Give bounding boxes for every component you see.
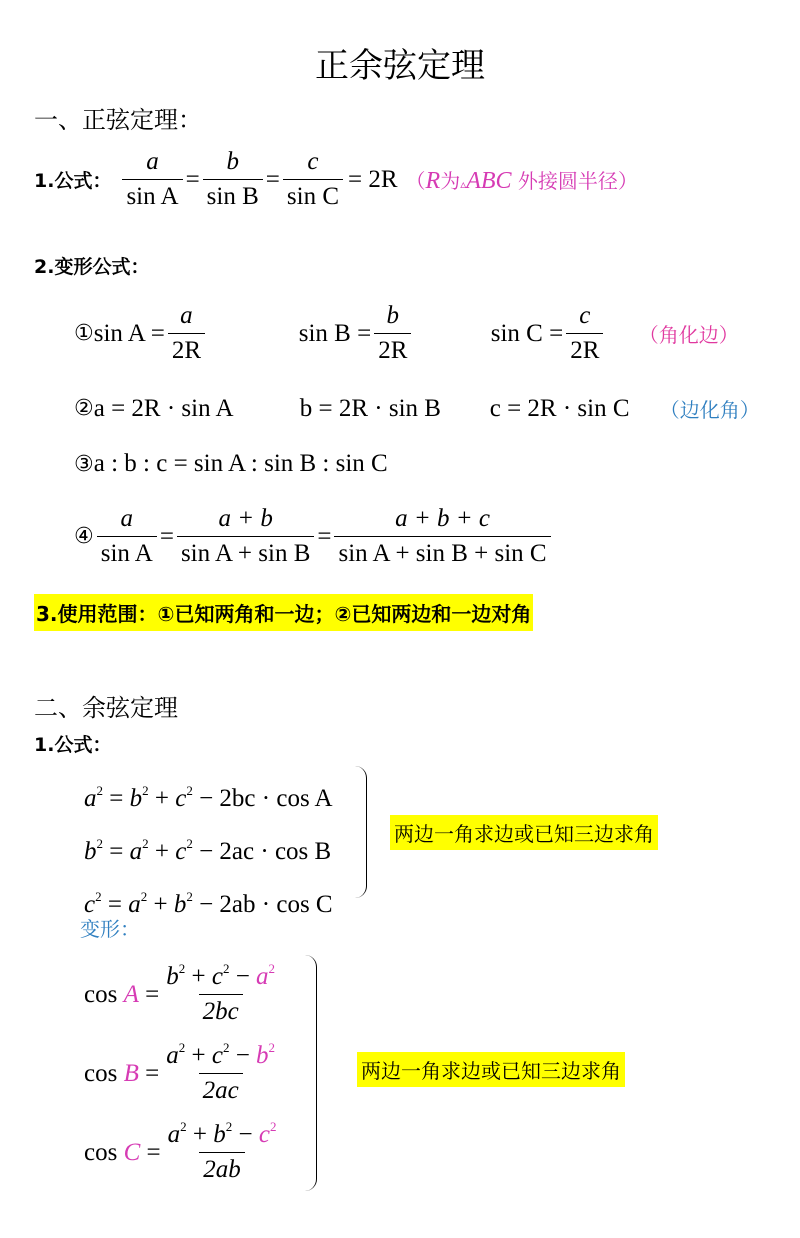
fraction-a-sinA: asin A	[122, 148, 182, 212]
law-b: b2 = a2 + c2 − 2ac · cos B	[84, 821, 333, 874]
circled-3: ③	[74, 452, 94, 477]
sinA-over-2R: sin A =a2R	[94, 302, 299, 366]
law-a: a2 = b2 + c2 − 2bc · cos A	[84, 768, 333, 821]
sine-law-equation: asin A = bsin B = csin C = 2R （R为▵ABC 外接…	[119, 148, 637, 212]
sinC-over-2R: sin C =c2R	[491, 302, 639, 366]
radius-note: （R为▵ABC 外接圆半径）	[406, 165, 638, 195]
section-heading-sine-law: 一、正弦定理：	[34, 100, 202, 135]
circled-4: ④	[74, 524, 94, 549]
section-heading-cosine-law: 二、余弦定理	[34, 688, 178, 723]
cos-forms-note: 两边一角求边或已知三边求角	[357, 1052, 625, 1087]
ratio-expression: a : b : c = sin A : sin B : sin C	[94, 450, 388, 478]
result-2R: = 2R	[348, 166, 398, 194]
variants-label: 2.变形公式：	[34, 252, 149, 279]
circled-1: ①	[74, 321, 94, 346]
circled-2: ②	[74, 396, 94, 421]
sine-law-formula-row: 1.公式： asin A = bsin B = csin C = 2R （R为▵…	[34, 148, 638, 212]
variant-1-row: ① sin A =a2R sin B =b2R sin C =c2R （角化边）	[74, 302, 739, 366]
a-equals: a = 2R · sin A	[94, 395, 300, 423]
formula-label: 1.公式：	[34, 166, 111, 193]
variant-2-row: ② a = 2R · sin A b = 2R · sin B c = 2R ·…	[74, 394, 760, 423]
cos-forms: cos A = b2 + c2 − a22bc cos B = a2 + c2 …	[84, 955, 283, 1192]
variant-label: 变形：	[80, 913, 140, 942]
cos-C-form: cos C = a2 + b2 − c22ab	[84, 1113, 283, 1192]
c-equals: c = 2R · sin C	[490, 395, 660, 423]
sinB-over-2R: sin B =b2R	[299, 302, 491, 366]
fraction-b-sinB: bsin B	[203, 148, 263, 212]
cosine-laws: a2 = b2 + c2 − 2bc · cos A b2 = a2 + c2 …	[84, 768, 333, 927]
page-title: 正余弦定理	[0, 38, 800, 87]
b-equals: b = 2R · sin B	[300, 395, 490, 423]
cosine-formula-label: 1.公式：	[34, 730, 111, 757]
cos-A-form: cos A = b2 + c2 − a22bc	[84, 955, 283, 1034]
fraction-c-sinC: csin C	[283, 148, 343, 212]
sine-law-usage: 3.使用范围：①已知两角和一边；②已知两边和一边对角	[34, 594, 533, 631]
angle-to-side-note: （角化边）	[639, 319, 739, 348]
variant-3-row: ③ a : b : c = sin A : sin B : sin C	[74, 450, 388, 478]
side-to-angle-note: （边化角）	[660, 394, 760, 423]
variant-4-row: ④ asin A = a + bsin A + sin B = a + b + …	[74, 505, 554, 569]
cosine-laws-note: 两边一角求边或已知三边求角	[390, 815, 658, 850]
cos-B-form: cos B = a2 + c2 − b22ac	[84, 1034, 283, 1113]
